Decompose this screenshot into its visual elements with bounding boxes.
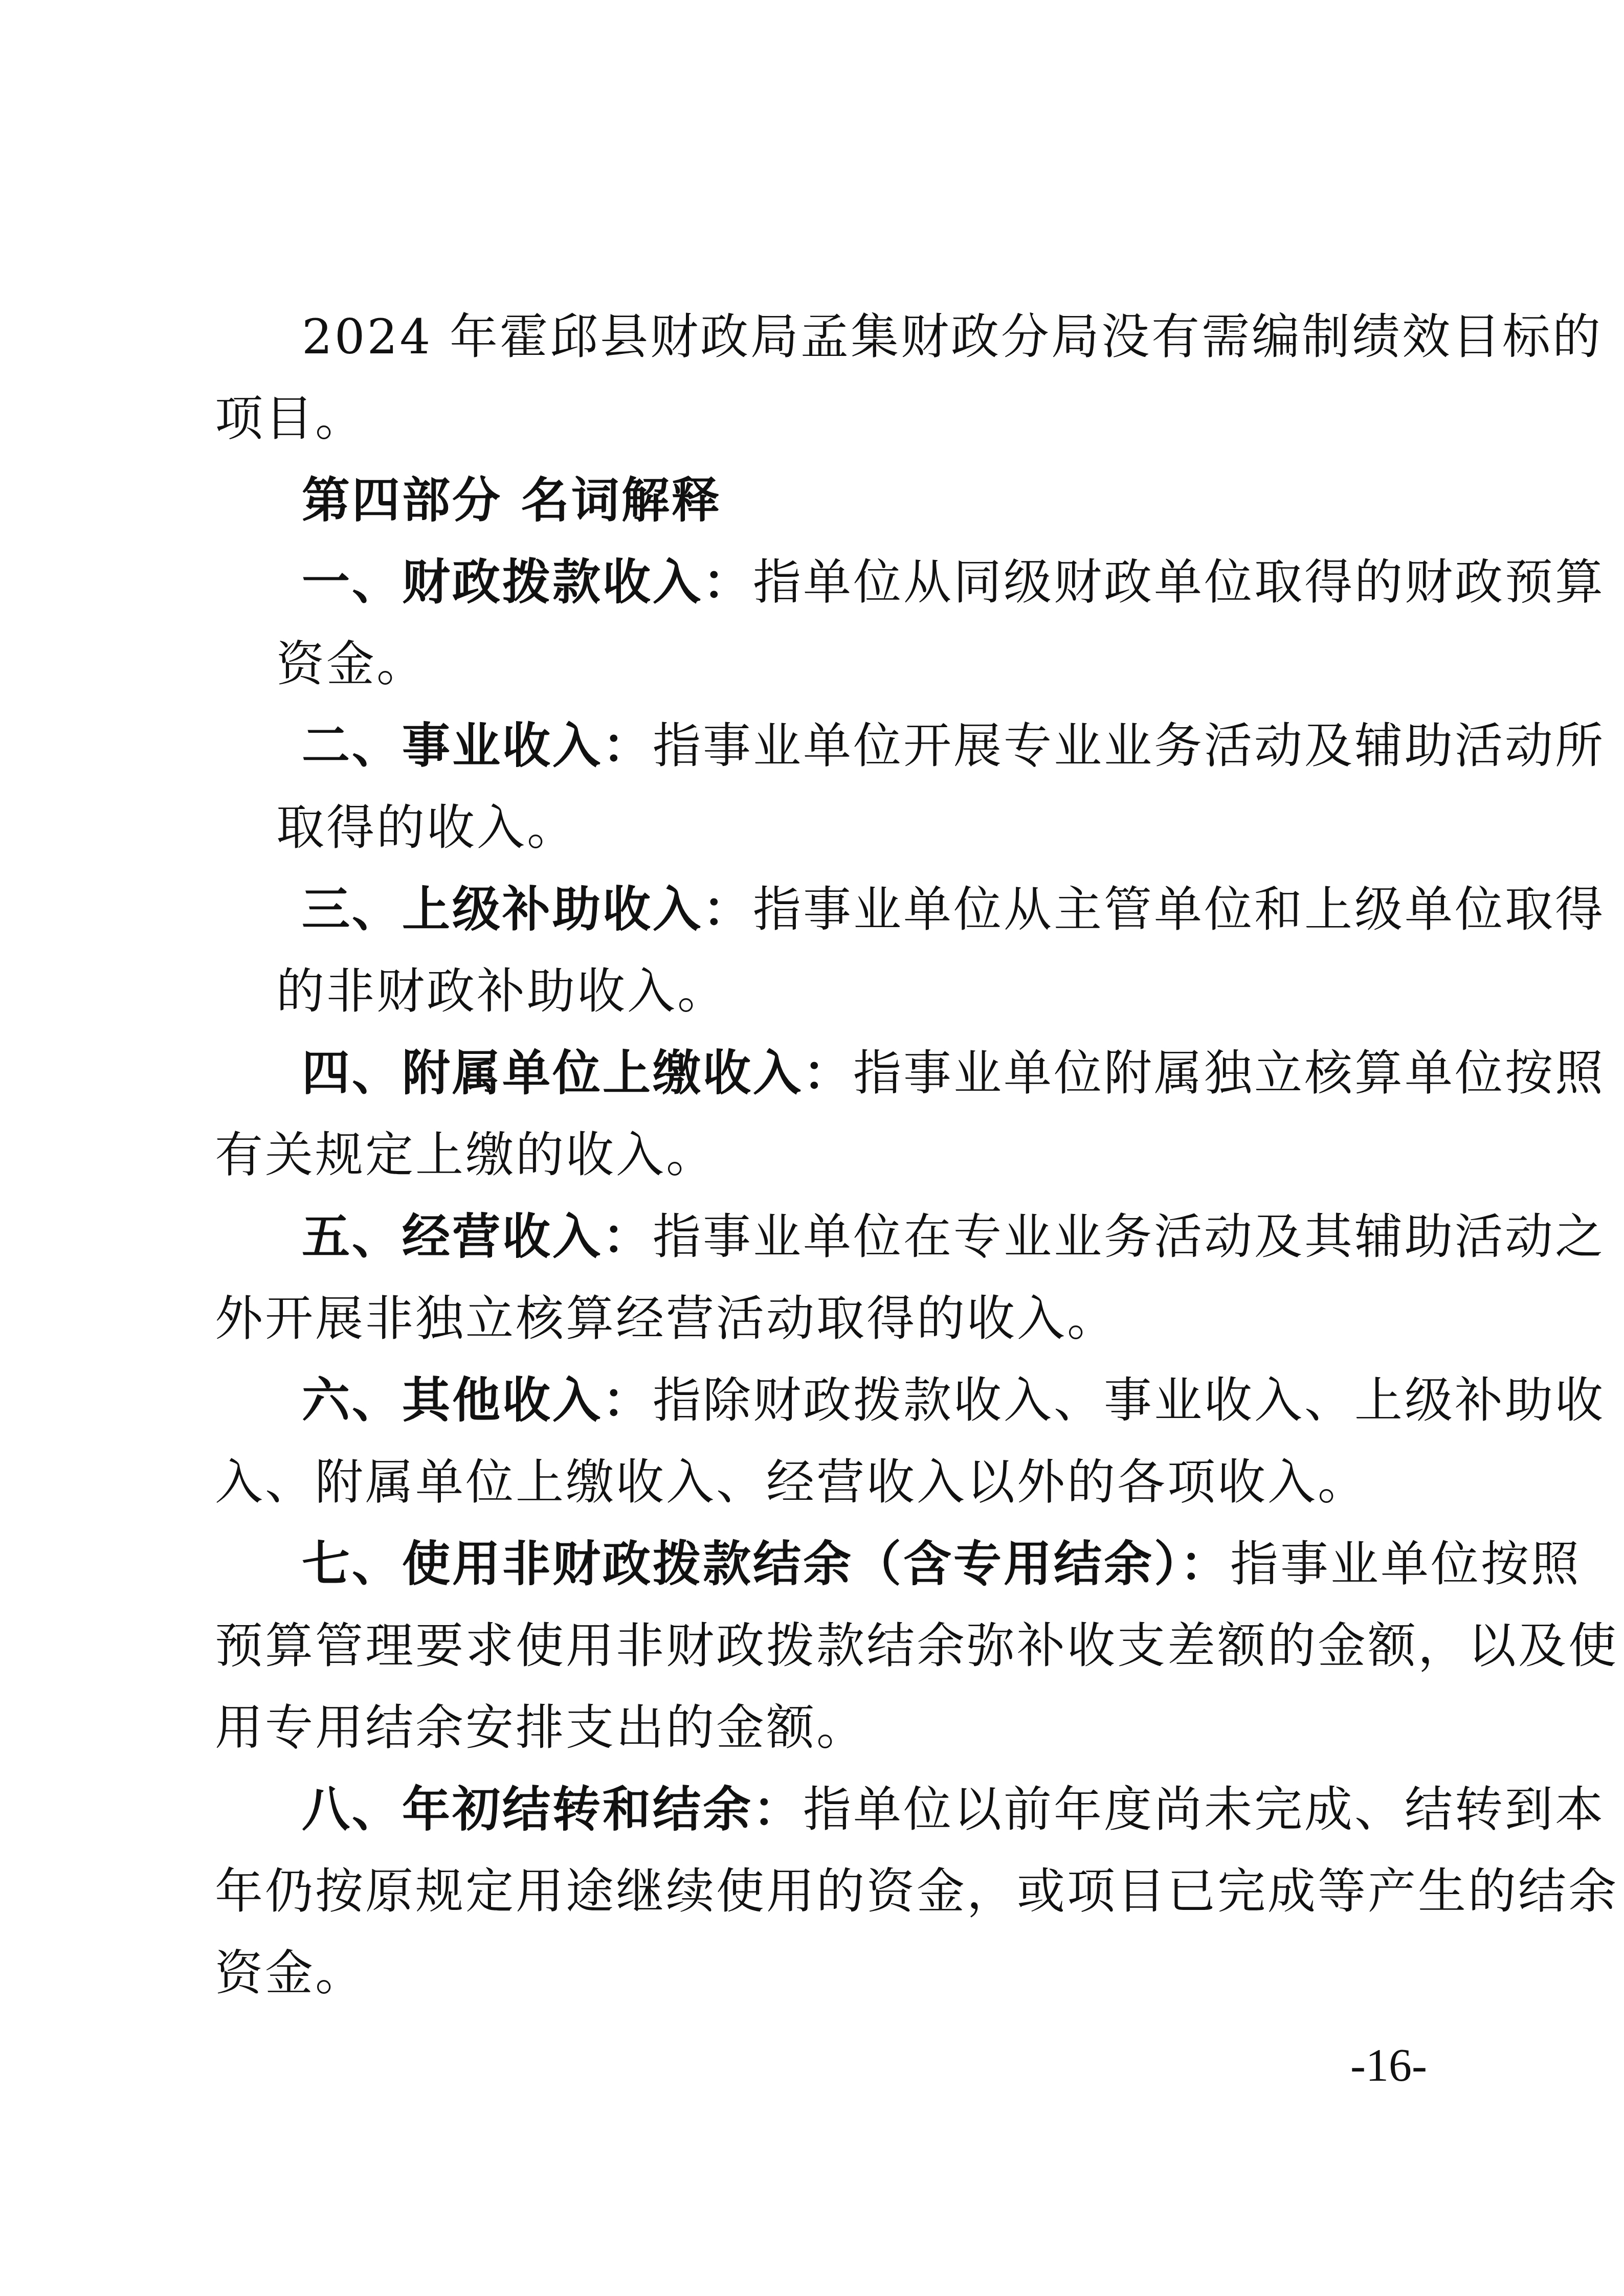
definition-1-continuation: 资金。 (276, 634, 1483, 695)
definition-term: 二、事业收入： (302, 718, 653, 774)
definition-8: 八、年初结转和结余：指单位以前年度尚未完成、结转到本 (302, 1780, 1509, 1841)
definition-3-continuation: 的非财政补助收入。 (276, 961, 1483, 1023)
definition-term: 六、其他收入： (302, 1373, 653, 1429)
definition-term: 七、使用非财政拨款结余（含专用结余）： (302, 1537, 1230, 1592)
definition-4-continuation: 有关规定上缴的收入。 (215, 1125, 1422, 1186)
definition-text: 指单位以前年度尚未完成、结转到本 (803, 1782, 1605, 1838)
definition-2-continuation: 取得的收入。 (276, 798, 1483, 859)
definition-term: 四、附属单位上缴收入： (302, 1046, 853, 1101)
intro-line-2: 项目。 (215, 389, 1422, 450)
page-number: -16- (1350, 2035, 1427, 2097)
definition-text: 指除财政拨款收入、事业收入、上级补助收 (653, 1373, 1605, 1429)
definition-4: 四、附属单位上缴收入：指事业单位附属独立核算单位按照 (302, 1043, 1509, 1105)
definition-6-continuation: 入、附属单位上缴收入、经营收入以外的各项收入。 (215, 1452, 1422, 1514)
definition-7-continuation-1: 预算管理要求使用非财政拨款结余弥补收支差额的金额，以及使 (215, 1616, 1422, 1677)
definition-3: 三、上级补助收入：指事业单位从主管单位和上级单位取得 (302, 880, 1509, 941)
definition-term: 一、财政拨款收入： (302, 555, 753, 611)
document-page: 2024 年霍邱县财政局孟集财政分局没有需编制绩效目标的 项目。 第四部分 名词… (0, 0, 1624, 2296)
definition-7: 七、使用非财政拨款结余（含专用结余）：指事业单位按照 (302, 1534, 1509, 1595)
definition-term: 五、经营收入： (302, 1209, 653, 1265)
definition-text: 指事业单位在专业业务活动及其辅助活动之 (653, 1209, 1605, 1265)
definition-5: 五、经营收入：指事业单位在专业业务活动及其辅助活动之 (302, 1207, 1509, 1268)
definition-text: 指事业单位从主管单位和上级单位取得 (753, 882, 1605, 938)
definition-5-continuation: 外开展非独立核算经营活动取得的收入。 (215, 1289, 1422, 1350)
definition-term: 三、上级补助收入： (302, 882, 753, 938)
definition-8-continuation-2: 资金。 (215, 1943, 1422, 2005)
section-heading: 第四部分 名词解释 (302, 470, 1509, 532)
definition-1: 一、财政拨款收入：指单位从同级财政单位取得的财政预算 (302, 552, 1509, 614)
definition-text: 指单位从同级财政单位取得的财政预算 (753, 555, 1605, 611)
definition-6: 六、其他收入：指除财政拨款收入、事业收入、上级补助收 (302, 1370, 1509, 1432)
definition-text: 指事业单位附属独立核算单位按照 (853, 1046, 1605, 1101)
definition-text: 指事业单位按照 (1230, 1537, 1581, 1592)
definition-term: 八、年初结转和结余： (302, 1782, 803, 1838)
definition-8-continuation-1: 年仍按原规定用途继续使用的资金，或项目已完成等产生的结余 (215, 1861, 1422, 1923)
intro-line-1: 2024 年霍邱县财政局孟集财政分局没有需编制绩效目标的 (302, 307, 1509, 368)
definition-7-continuation-2: 用专用结余安排支出的金额。 (215, 1698, 1422, 1759)
definition-2: 二、事业收入：指事业单位开展专业业务活动及辅助活动所 (302, 716, 1509, 777)
definition-text: 指事业单位开展专业业务活动及辅助活动所 (653, 718, 1605, 774)
